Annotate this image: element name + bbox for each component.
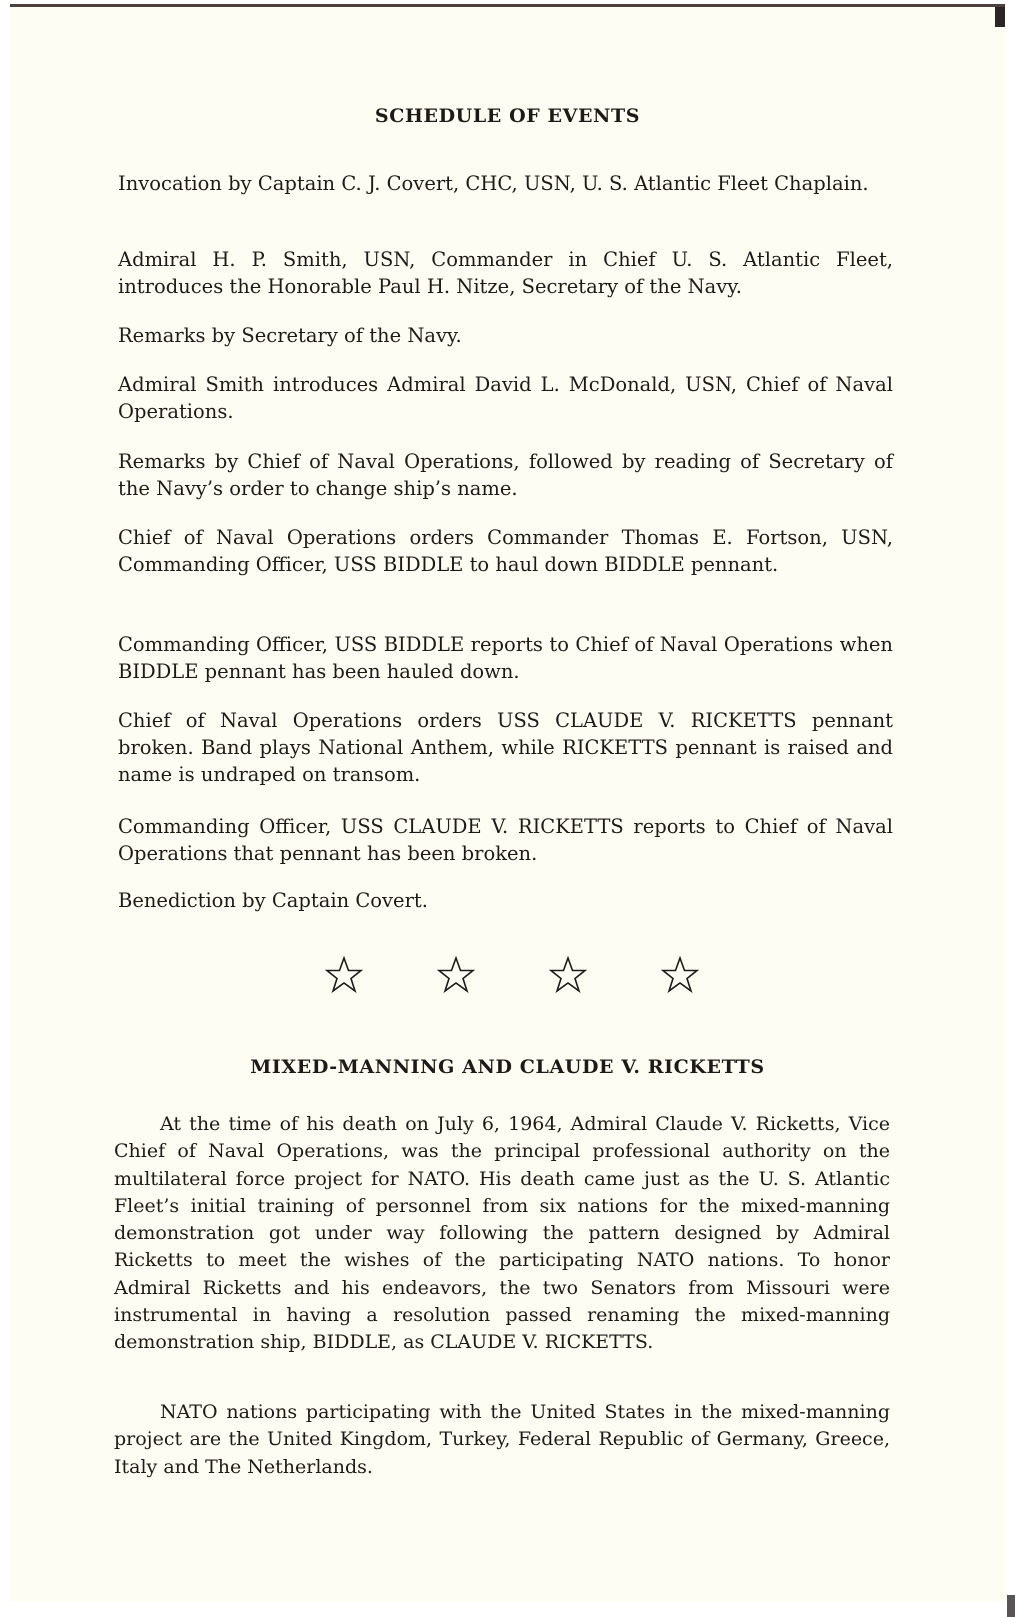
star-outline-icon <box>436 955 476 995</box>
document-page <box>10 4 1005 1601</box>
schedule-item-secnav-remarks: Remarks by Secretary of the Navy. <box>118 322 893 349</box>
page-edge-shadow <box>995 7 1005 27</box>
article-title: MIXED-MANNING AND CLAUDE V. RICKETTS <box>0 1056 1015 1078</box>
star-outline-icon <box>660 955 700 995</box>
article-paragraph-1: At the time of his death on July 6, 1964… <box>114 1111 890 1357</box>
page-corner-shadow <box>1007 1595 1015 1617</box>
schedule-item-benediction: Benediction by Captain Covert. <box>118 887 893 914</box>
schedule-item-smith-introduces-mcdonald: Admiral Smith introduces Admiral David L… <box>118 371 893 425</box>
schedule-item-ricketts-pennant: Chief of Naval Operations orders USS CLA… <box>118 707 893 788</box>
schedule-item-smith-introduces-nitze: Admiral H. P. Smith, USN, Commander in C… <box>118 246 893 300</box>
schedule-item-biddle-report: Commanding Officer, USS BIDDLE reports t… <box>118 631 893 685</box>
schedule-item-haul-down-order: Chief of Naval Operations orders Command… <box>118 524 893 578</box>
schedule-item-invocation: Invocation by Captain C. J. Covert, CHC,… <box>118 170 893 197</box>
schedule-item-cno-remarks: Remarks by Chief of Naval Operations, fo… <box>118 448 893 502</box>
star-outline-icon <box>548 955 588 995</box>
schedule-item-ricketts-report: Commanding Officer, USS CLAUDE V. RICKET… <box>118 813 893 867</box>
article-paragraph-2: NATO nations participating with the Unit… <box>114 1399 890 1481</box>
star-divider <box>0 955 1015 995</box>
schedule-title: SCHEDULE OF EVENTS <box>0 105 1015 127</box>
star-outline-icon <box>324 955 364 995</box>
